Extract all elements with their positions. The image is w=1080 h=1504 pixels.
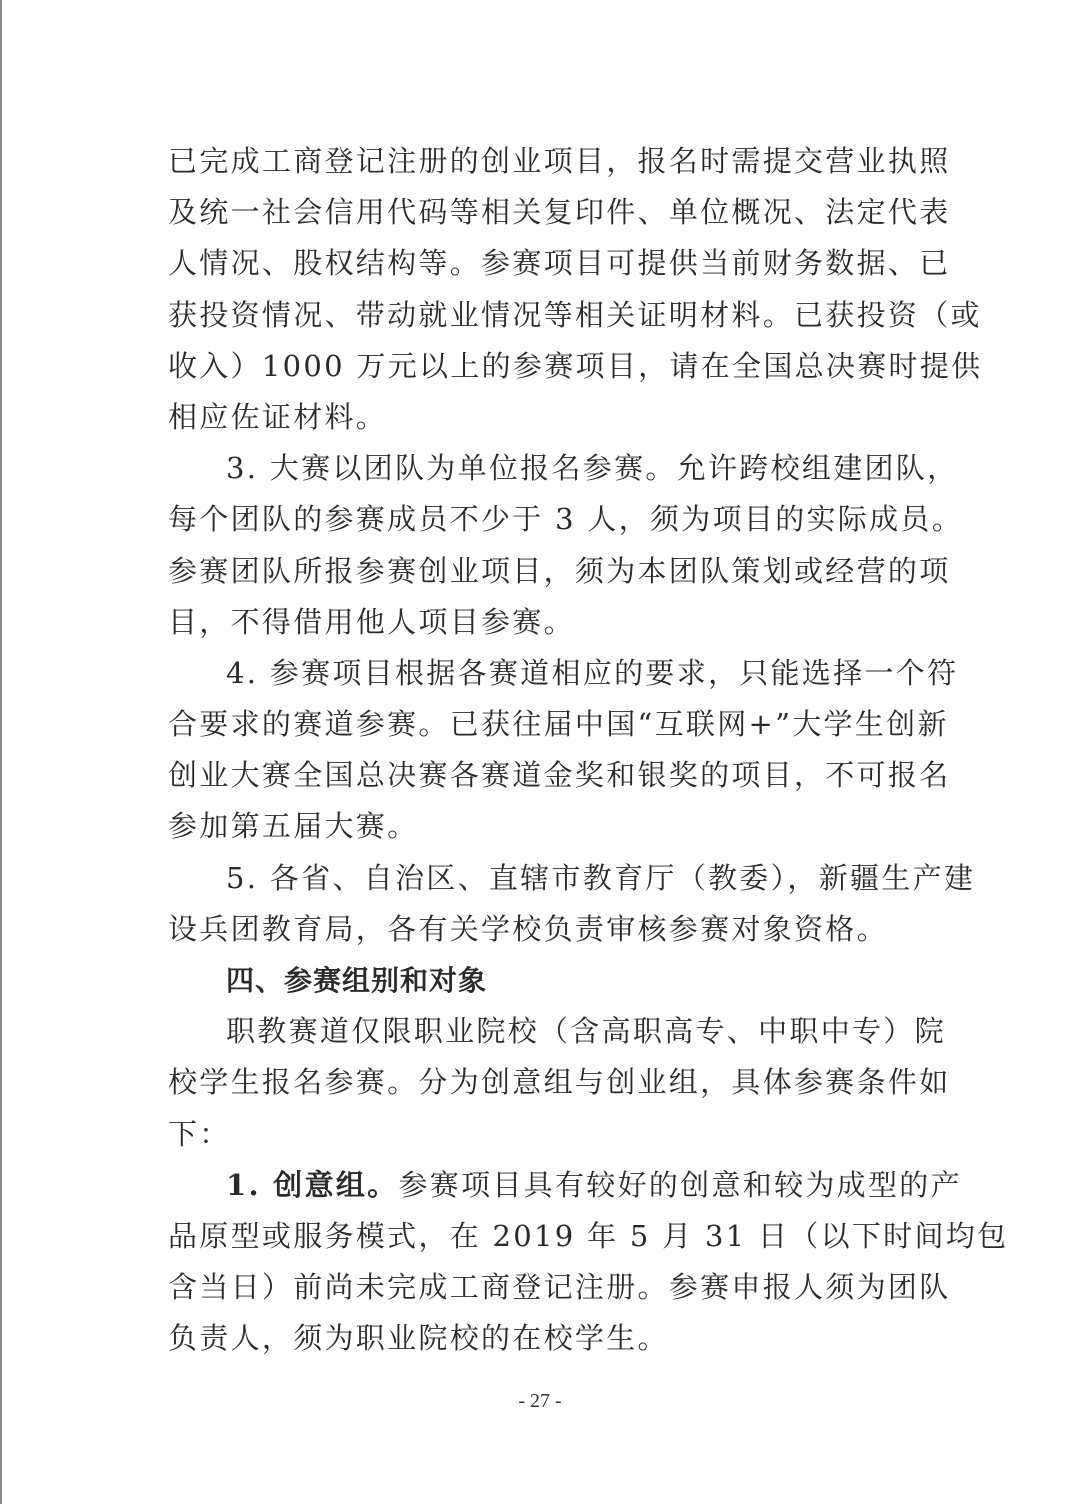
paragraph-line: 设兵团教育局，各有关学校负责审核参赛对象资格。 bbox=[168, 904, 902, 955]
list-item-4: 4. 参赛项目根据各赛道相应的要求，只能选择一个符 bbox=[168, 648, 902, 699]
paragraph-line: 参赛团队所报参赛创业项目，须为本团队策划或经营的项 bbox=[168, 546, 902, 597]
paragraph-line: 人情况、股权结构等。参赛项目可提供当前财务数据、已 bbox=[168, 238, 902, 289]
paragraph-line: 校学生报名参赛。分为创意组与创业组，具体参赛条件如 bbox=[168, 1057, 902, 1108]
paragraph-line: 含当日）前尚未完成工商登记注册。参赛申报人须为团队 bbox=[168, 1262, 902, 1313]
paragraph-line: 合要求的赛道参赛。已获往届中国“互联网+”大学生创新 bbox=[168, 699, 902, 750]
list-item-5: 5. 各省、自治区、直辖市教育厅（教委），新疆生产建 bbox=[168, 853, 902, 904]
paragraph-line: 获投资情况、带动就业情况等相关证明材料。已获投资（或 bbox=[168, 290, 902, 341]
paragraph-line: 目，不得借用他人项目参赛。 bbox=[168, 597, 902, 648]
page-number: - 27 - bbox=[0, 1390, 1080, 1413]
section-heading: 四、参赛组别和对象 bbox=[168, 955, 902, 1006]
paragraph-line: 品原型或服务模式，在 2019 年 5 月 31 日（以下时间均包 bbox=[168, 1211, 902, 1262]
paragraph-line: 参加第五届大赛。 bbox=[168, 801, 902, 852]
list-item-creative-group: 1. 创意组。参赛项目具有较好的创意和较为成型的产 bbox=[168, 1160, 902, 1211]
paragraph-line: 职教赛道仅限职业院校（含高职高专、中职中专）院 bbox=[168, 1006, 902, 1057]
paragraph-line: 相应佐证材料。 bbox=[168, 392, 902, 443]
creative-group-text: 参赛项目具有较好的创意和较为成型的产 bbox=[398, 1168, 961, 1202]
paragraph-line: 已完成工商登记注册的创业项目，报名时需提交营业执照 bbox=[168, 136, 902, 187]
paragraph-line: 收入）1000 万元以上的参赛项目，请在全国总决赛时提供 bbox=[168, 341, 902, 392]
paragraph-line: 每个团队的参赛成员不少于 3 人，须为项目的实际成员。 bbox=[168, 494, 902, 545]
paragraph-line: 创业大赛全国总决赛各赛道金奖和银奖的项目，不可报名 bbox=[168, 750, 902, 801]
paragraph-line: 下： bbox=[168, 1109, 902, 1160]
document-page: 已完成工商登记注册的创业项目，报名时需提交营业执照 及统一社会信用代码等相关复印… bbox=[168, 136, 902, 1365]
paragraph-line: 负责人，须为职业院校的在校学生。 bbox=[168, 1313, 902, 1364]
paragraph-line: 及统一社会信用代码等相关复印件、单位概况、法定代表 bbox=[168, 187, 902, 238]
page-left-border bbox=[0, 0, 2, 1504]
list-item-3: 3. 大赛以团队为单位报名参赛。允许跨校组建团队， bbox=[168, 443, 902, 494]
creative-group-label: 1. 创意组。 bbox=[226, 1168, 398, 1202]
